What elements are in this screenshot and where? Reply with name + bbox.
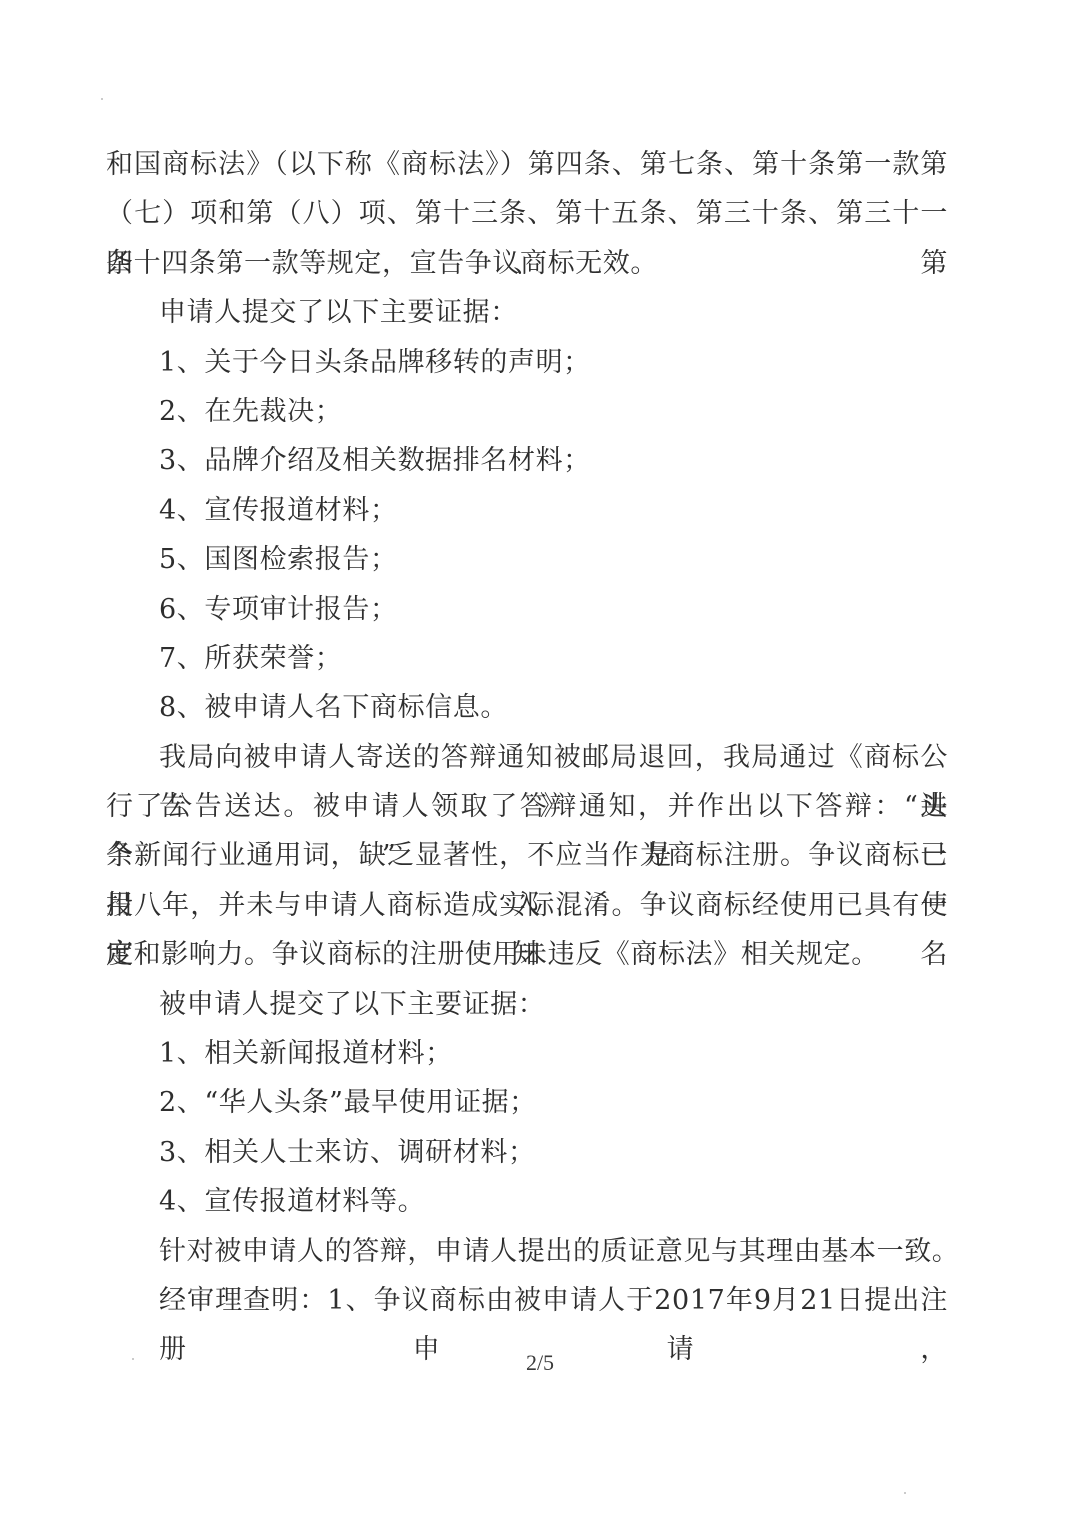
respondent-reply-line-1: 我局向被申请人寄送的答辩通知被邮局退回，我局通过《商标公告》进 xyxy=(106,733,948,782)
respondent-evidence-item-1: 1、相关新闻报道材料； xyxy=(106,1029,948,1078)
scan-speck xyxy=(904,1492,906,1494)
respondent-reply-line-3: 个新闻行业通用词，缺乏显著性，不应当作为商标注册。争议商标已投入使 xyxy=(106,831,948,880)
respondent-evidence-heading: 被申请人提交了以下主要证据： xyxy=(106,980,948,1029)
applicant-evidence-item-2: 2、在先裁决； xyxy=(106,387,948,436)
scan-speck xyxy=(101,98,103,100)
findings-line-1: 经审理查明：1、争议商标由被申请人于2017年9月21日提出注册申请， xyxy=(106,1276,948,1325)
applicant-evidence-item-8: 8、被申请人名下商标信息。 xyxy=(106,683,948,732)
applicant-evidence-item-4: 4、宣传报道材料； xyxy=(106,486,948,535)
text-line-2: （七）项和第（八）项、第十三条、第十五条、第三十条、第三十一条、第 xyxy=(106,189,948,238)
applicant-evidence-item-3: 3、品牌介绍及相关数据排名材料； xyxy=(106,436,948,485)
respondent-reply-line-4: 用八年，并未与申请人商标造成实际混淆。争议商标经使用已具有一定知名 xyxy=(106,881,948,930)
cross-examination-line: 针对被申请人的答辩，申请人提出的质证意见与其理由基本一致。 xyxy=(106,1227,948,1276)
applicant-evidence-item-7: 7、所获荣誉； xyxy=(106,634,948,683)
page-number: 2/5 xyxy=(0,1350,1080,1376)
respondent-reply-line-5: 度和影响力。争议商标的注册使用未违反《商标法》相关规定。 xyxy=(106,930,948,979)
applicant-evidence-item-5: 5、国图检索报告； xyxy=(106,535,948,584)
respondent-reply-line-2: 行了公告送达。被申请人领取了答辩通知，并作出以下答辩：“头条”是一 xyxy=(106,782,948,831)
applicant-evidence-heading: 申请人提交了以下主要证据： xyxy=(106,288,948,337)
respondent-evidence-item-4: 4、宣传报道材料等。 xyxy=(106,1177,948,1226)
text-line-1: 和国商标法》（以下称《商标法》）第四条、第七条、第十条第一款第 xyxy=(106,140,948,189)
respondent-evidence-item-3: 3、相关人士来访、调研材料； xyxy=(106,1128,948,1177)
scan-speck xyxy=(132,1358,134,1360)
applicant-evidence-item-6: 6、专项审计报告； xyxy=(106,585,948,634)
respondent-evidence-item-2: 2、“华人头条”最早使用证据； xyxy=(106,1078,948,1127)
applicant-evidence-item-1: 1、关于今日头条品牌移转的声明； xyxy=(106,338,948,387)
document-page-body: 和国商标法》（以下称《商标法》）第四条、第七条、第十条第一款第 （七）项和第（八… xyxy=(106,140,948,1325)
